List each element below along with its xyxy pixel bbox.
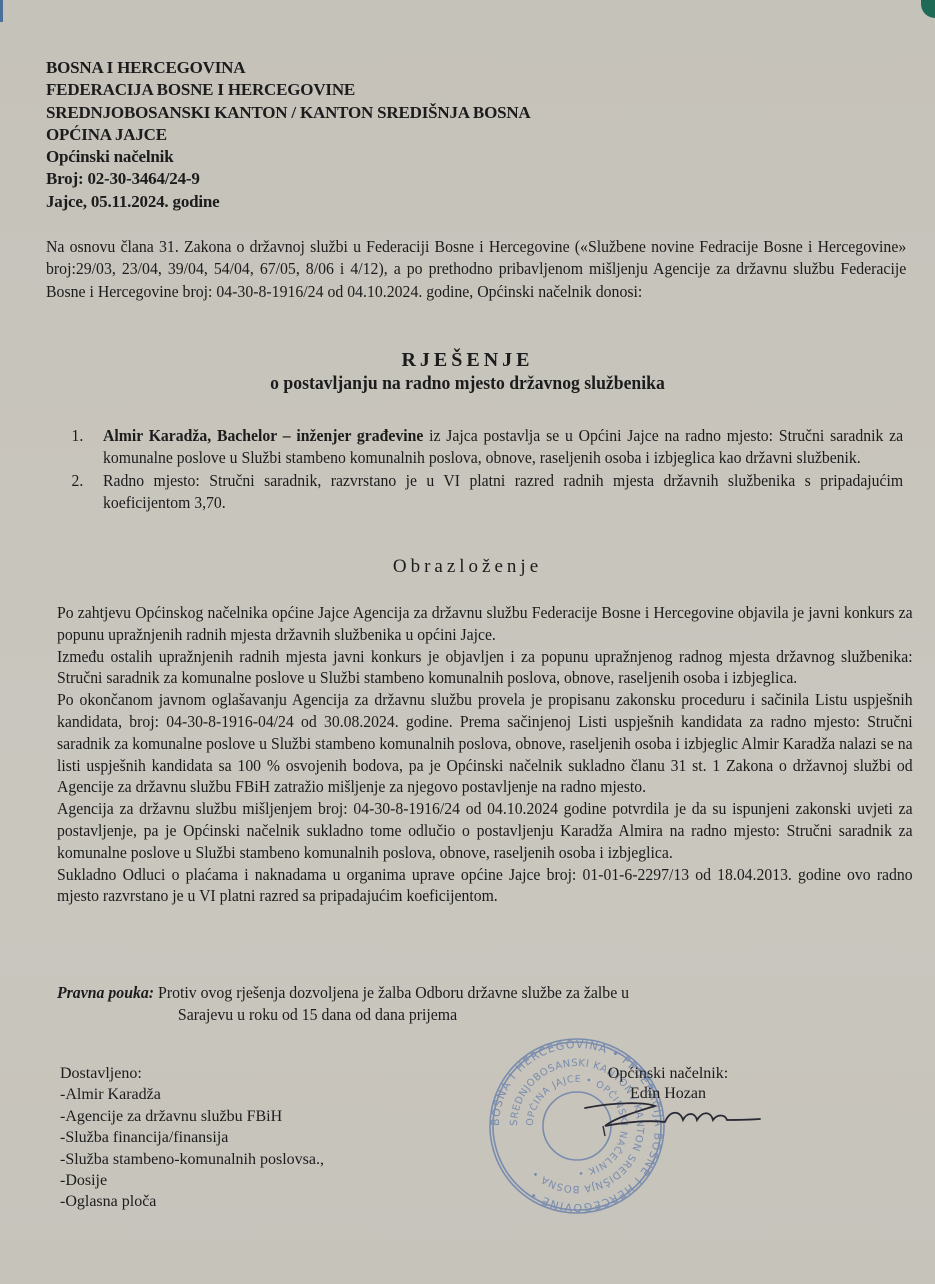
signature-icon xyxy=(575,1100,765,1140)
reasoning-body: Po zahtjevu Općinskog načelnika općine J… xyxy=(57,602,913,907)
document-title: RJEŠENJE xyxy=(0,349,935,372)
reasoning-title: Obrazloženje xyxy=(0,556,935,578)
decision-item-number: 2. xyxy=(72,470,84,492)
preamble-paragraph: Na osnovu člana 31. Zakona o državnoj sl… xyxy=(46,236,906,303)
document-header: BOSNA I HERCEGOVINA FEDERACIJA BOSNE I H… xyxy=(46,57,531,213)
header-federation: FEDERACIJA BOSNE I HERCEGOVINE xyxy=(46,79,531,101)
delivery-recipient: -Oglasna ploča xyxy=(60,1191,324,1212)
delivery-recipient: -Služba financija/finansija xyxy=(60,1127,324,1148)
reasoning-paragraph: Po zahtjevu Općinskog načelnika općine J… xyxy=(57,602,913,646)
header-office: Općinski načelnik xyxy=(46,146,531,168)
delivery-label: Dostavljeno: xyxy=(60,1063,324,1084)
document-subtitle: o postavljanju na radno mjesto državnog … xyxy=(33,373,903,395)
header-municipality: OPĆINA JAJCE xyxy=(46,124,531,146)
reasoning-paragraph: Po okončanom javnom oglašavanju Agencija… xyxy=(57,689,913,798)
header-date: Jajce, 05.11.2024. godine xyxy=(46,191,531,213)
delivery-list: Dostavljeno: -Almir Karadža -Agencije za… xyxy=(60,1063,324,1213)
header-country: BOSNA I HERCEGOVINA xyxy=(46,57,531,79)
decision-item: 1.Almir Karadža, Bachelor – inženjer gra… xyxy=(66,425,903,470)
decision-item: 2.Radno mjesto: Stručni saradnik, razvrs… xyxy=(66,470,903,515)
signatory-name: Edin Hozan xyxy=(598,1084,738,1104)
legal-notice-text: Sarajevu u roku od 15 dana od dana prije… xyxy=(57,1004,801,1026)
appointee-name: Almir Karadža, Bachelor – inženjer građe… xyxy=(103,426,423,445)
reasoning-paragraph: Sukladno Odluci o plaćama i naknadama u … xyxy=(57,864,913,908)
decision-item-text: Radno mjesto: Stručni saradnik, razvrsta… xyxy=(103,471,903,512)
background-object xyxy=(921,0,935,18)
background-object xyxy=(0,0,3,22)
header-canton: SREDNJOBOSANSKI KANTON / KANTON SREDIŠNJ… xyxy=(46,102,531,124)
delivery-recipient: -Dosije xyxy=(60,1170,324,1191)
delivery-recipient: -Služba stambeno-komunalnih poslovsa., xyxy=(60,1149,324,1170)
decision-item-number: 1. xyxy=(72,425,84,447)
signatory-title: Općinski načelnik: xyxy=(598,1064,738,1084)
legal-notice: Pravna pouka: Protiv ovog rješenja dozvo… xyxy=(57,982,801,1025)
legal-notice-label: Pravna pouka: xyxy=(57,983,154,1002)
reasoning-paragraph: Između ostalih upražnjenih radnih mjesta… xyxy=(57,646,913,690)
decision-list: 1.Almir Karadža, Bachelor – inženjer gra… xyxy=(66,425,903,514)
delivery-recipient: -Agencije za državnu službu FBiH xyxy=(60,1106,324,1127)
legal-notice-text: Protiv ovog rješenja dozvoljena je žalba… xyxy=(154,983,629,1002)
delivery-recipient: -Almir Karadža xyxy=(60,1084,324,1105)
header-reference-number: Broj: 02-30-3464/24-9 xyxy=(46,168,531,190)
signature-block: Općinski načelnik: Edin Hozan xyxy=(598,1064,738,1104)
document-page: BOSNA I HERCEGOVINA FEDERACIJA BOSNE I H… xyxy=(0,0,935,1284)
reasoning-paragraph: Agencija za državnu službu mišljenjem br… xyxy=(57,798,913,863)
